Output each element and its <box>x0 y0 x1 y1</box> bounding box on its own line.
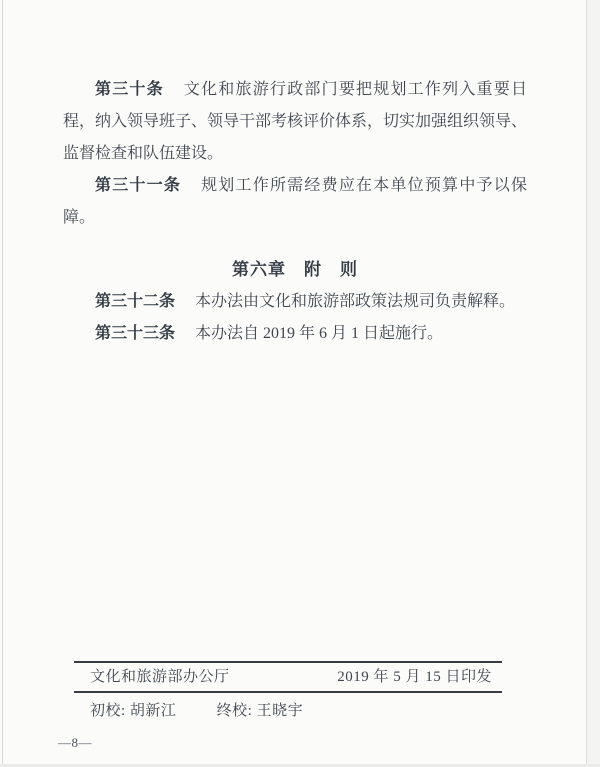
scan-edge-right <box>586 0 587 767</box>
first-proof: 初校: 胡新江 <box>90 703 176 719</box>
article-33-text: 本办法自 2019 年 6 月 1 日起施行。 <box>195 325 443 342</box>
issuing-office: 文化和旅游部办公厅 <box>90 663 230 691</box>
document-page: 第三十条文化和旅游行政部门要把规划工作列入重要日程，纳入领导班子、领导干部考核评… <box>0 0 600 767</box>
scan-edge-right-band <box>587 0 600 767</box>
article-32-number: 第三十二条 <box>95 293 175 310</box>
page-number: —8— <box>58 734 92 752</box>
article-32: 第三十二条本办法由文化和旅游部政策法规司负责解释。 <box>63 286 527 318</box>
article-31: 第三十一条规划工作所需经费应在本单位预算中予以保障。 <box>63 170 527 234</box>
article-32-text: 本办法由文化和旅游部政策法规司负责解释。 <box>195 293 515 310</box>
print-date: 2019 年 5 月 15 日印发 <box>337 663 492 691</box>
proofreaders-row: 初校: 胡新江 终校: 王晓宇 <box>74 697 502 725</box>
article-31-number: 第三十一条 <box>95 177 181 194</box>
article-30: 第三十条文化和旅游行政部门要把规划工作列入重要日程，纳入领导班子、领导干部考核评… <box>63 74 527 170</box>
article-33: 第三十三条本办法自 2019 年 6 月 1 日起施行。 <box>63 318 527 350</box>
article-text-block: 第三十条文化和旅游行政部门要把规划工作列入重要日程，纳入领导班子、领导干部考核评… <box>63 74 527 350</box>
article-30-number: 第三十条 <box>95 81 164 98</box>
final-proof: 终校: 王晓宇 <box>217 703 303 719</box>
article-33-number: 第三十三条 <box>95 325 175 342</box>
colophon-row: 文化和旅游部办公厅 2019 年 5 月 15 日印发 <box>74 663 502 691</box>
chapter-heading: 第六章 附 则 <box>63 254 527 286</box>
scan-edge-left <box>2 0 3 767</box>
colophon-box: 文化和旅游部办公厅 2019 年 5 月 15 日印发 <box>74 661 502 693</box>
